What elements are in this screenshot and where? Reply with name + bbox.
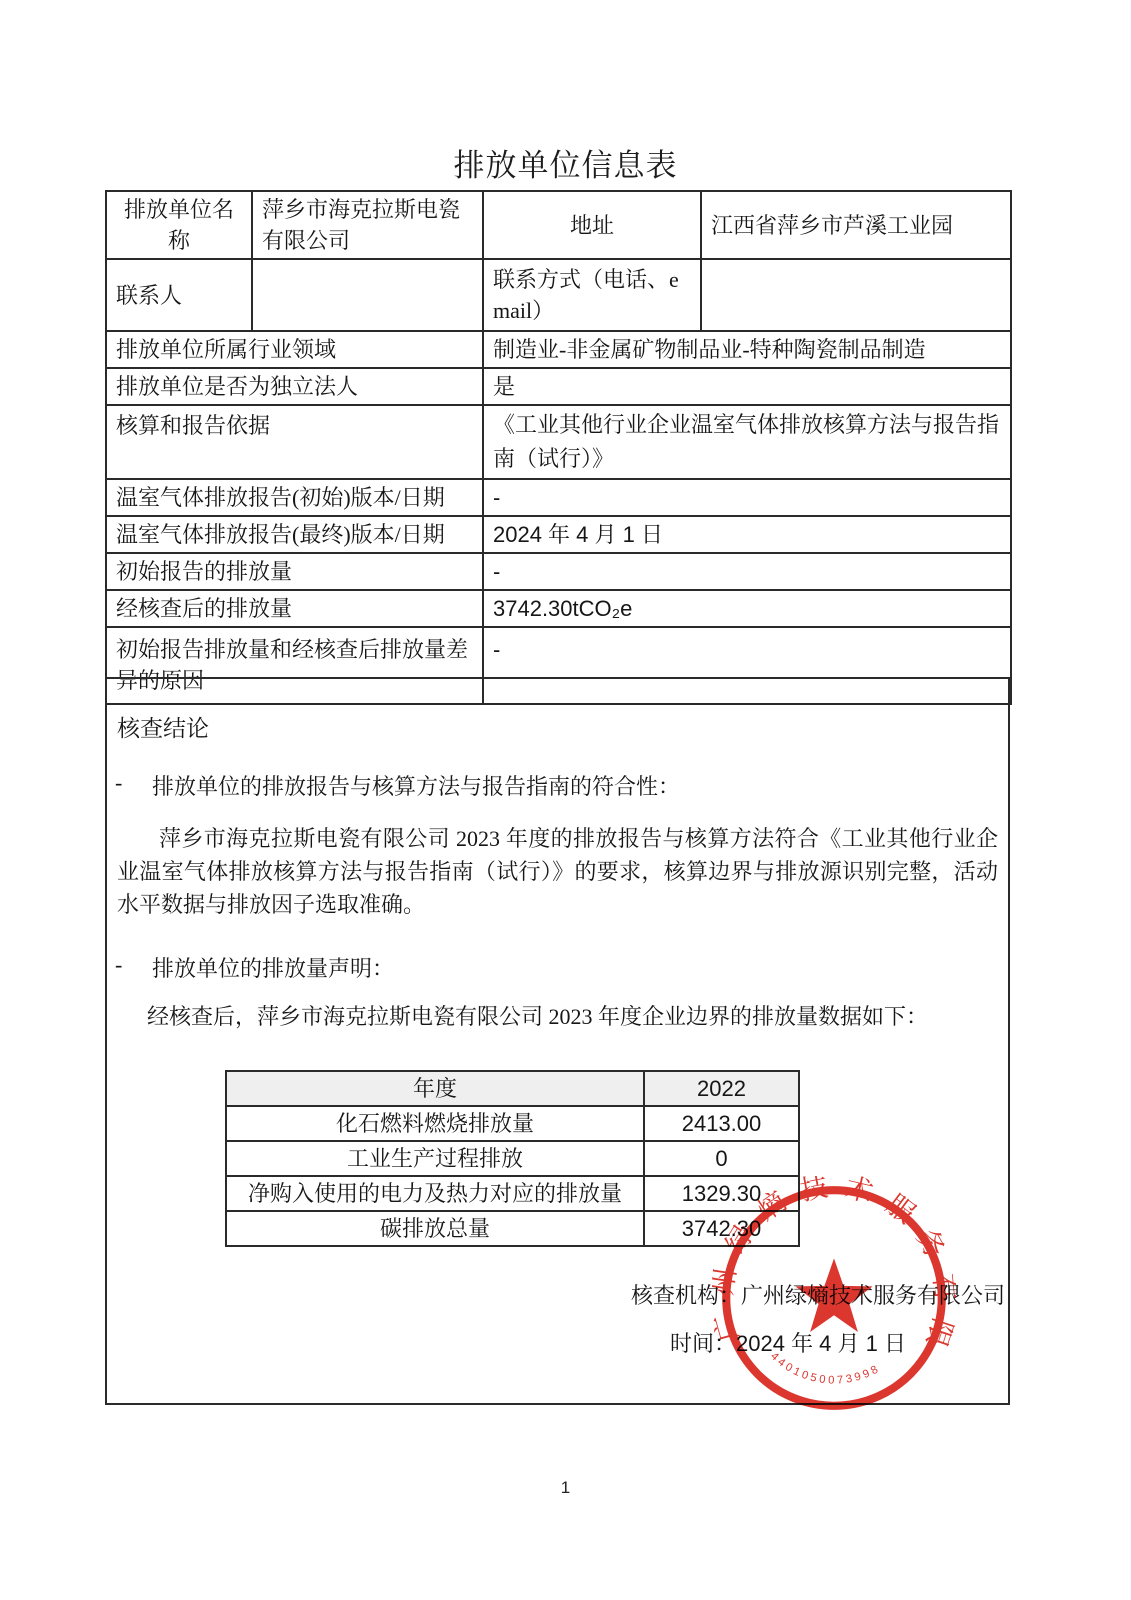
contact-method-value [701,259,1011,331]
company-seal-stamp: 广州绿熵技术服务有限公司 4401050073998 [712,1176,956,1420]
conclusion-item-statement: - 排放单位的排放量声明： [115,952,998,983]
table-row: 排放单位所属行业领域 制造业-非金属矿物制品业-特种陶瓷制品制造 [106,331,1011,368]
contact-person-value [252,259,483,331]
conclusion-item-compliance-text: 排放单位的排放报告与核算方法与报告指南的符合性： [152,770,680,801]
table-row: 化石燃料燃烧排放量 2413.00 [226,1106,799,1141]
table-header-row: 年度 2022 [226,1071,799,1106]
purchased-electricity-heat-emission-label: 净购入使用的电力及热力对应的排放量 [226,1176,644,1211]
year-header: 年度 [226,1071,644,1106]
unit-name-value: 萍乡市海克拉斯电瓷有限公司 [252,191,483,259]
table-row: 排放单位名称 萍乡市海克拉斯电瓷有限公司 地址 江西省萍乡市芦溪工业园 [106,191,1011,259]
accounting-basis-label: 核算和报告依据 [106,405,483,479]
compliance-paragraph: 萍乡市海克拉斯电瓷有限公司 2023 年度的排放报告与核算方法符合《工业其他行业… [117,822,998,921]
conclusion-item-compliance: - 排放单位的排放报告与核算方法与报告指南的符合性： [115,770,998,801]
unit-name-label: 排放单位名称 [106,191,252,259]
conclusion-item-statement-text: 排放单位的排放量声明： [152,952,394,983]
initial-report-version-value: - [483,479,1011,516]
seal-star-icon [795,1258,872,1332]
industry-field-value: 制造业-非金属矿物制品业-特种陶瓷制品制造 [483,331,1011,368]
bullet-dash: - [115,770,152,801]
table-row: 工业生产过程排放 0 [226,1141,799,1176]
statement-paragraph: 经核查后，萍乡市海克拉斯电瓷有限公司 2023 年度企业边界的排放量数据如下： [117,1000,998,1033]
independent-entity-label: 排放单位是否为独立法人 [106,368,483,405]
accounting-basis-value: 《工业其他行业企业温室气体排放核算方法与报告指南（试行）》 [483,405,1011,479]
address-label: 地址 [483,191,701,259]
table-row: 核算和报告依据 《工业其他行业企业温室气体排放核算方法与报告指南（试行）》 [106,405,1011,479]
fossil-fuel-emission-value: 2413.00 [644,1106,799,1141]
contact-method-label: 联系方式（电话、email） [483,259,701,331]
total-carbon-emission-label: 碳排放总量 [226,1211,644,1246]
initial-emission-value: - [483,553,1011,590]
table-row: 温室气体排放报告(最终)版本/日期 2024 年 4 月 1 日 [106,516,1011,553]
emission-unit-info-table: 排放单位名称 萍乡市海克拉斯电瓷有限公司 地址 江西省萍乡市芦溪工业园 联系人 … [105,190,1012,705]
conclusion-heading: 核查结论 [117,710,1008,743]
address-value: 江西省萍乡市芦溪工业园 [701,191,1011,259]
table-row: 经核查后的排放量 3742.30tCO₂e [106,590,1011,627]
page-title: 排放单位信息表 [0,140,1131,185]
page-number: 1 [0,1478,1131,1498]
industrial-process-emission-value: 0 [644,1141,799,1176]
initial-emission-label: 初始报告的排放量 [106,553,483,590]
contact-person-label: 联系人 [106,259,252,331]
verified-emission-value: 3742.30tCO₂e [483,590,1011,627]
final-report-version-value: 2024 年 4 月 1 日 [483,516,1011,553]
table-row: 初始报告的排放量 - [106,553,1011,590]
verified-emission-label: 经核查后的排放量 [106,590,483,627]
independent-entity-value: 是 [483,368,1011,405]
fossil-fuel-emission-label: 化石燃料燃烧排放量 [226,1106,644,1141]
table-row: 联系人 联系方式（电话、email） [106,259,1011,331]
final-report-version-label: 温室气体排放报告(最终)版本/日期 [106,516,483,553]
industry-field-label: 排放单位所属行业领域 [106,331,483,368]
industrial-process-emission-label: 工业生产过程排放 [226,1141,644,1176]
table-row: 排放单位是否为独立法人 是 [106,368,1011,405]
seal-number-arc-text: 4401050073998 [768,1350,883,1386]
document-page: { "page": { "title": "排放单位信息表", "page_nu… [0,0,1131,1600]
initial-report-version-label: 温室气体排放报告(初始)版本/日期 [106,479,483,516]
table-row: 温室气体排放报告(初始)版本/日期 - [106,479,1011,516]
bullet-dash: - [115,952,152,983]
year-value-header: 2022 [644,1071,799,1106]
